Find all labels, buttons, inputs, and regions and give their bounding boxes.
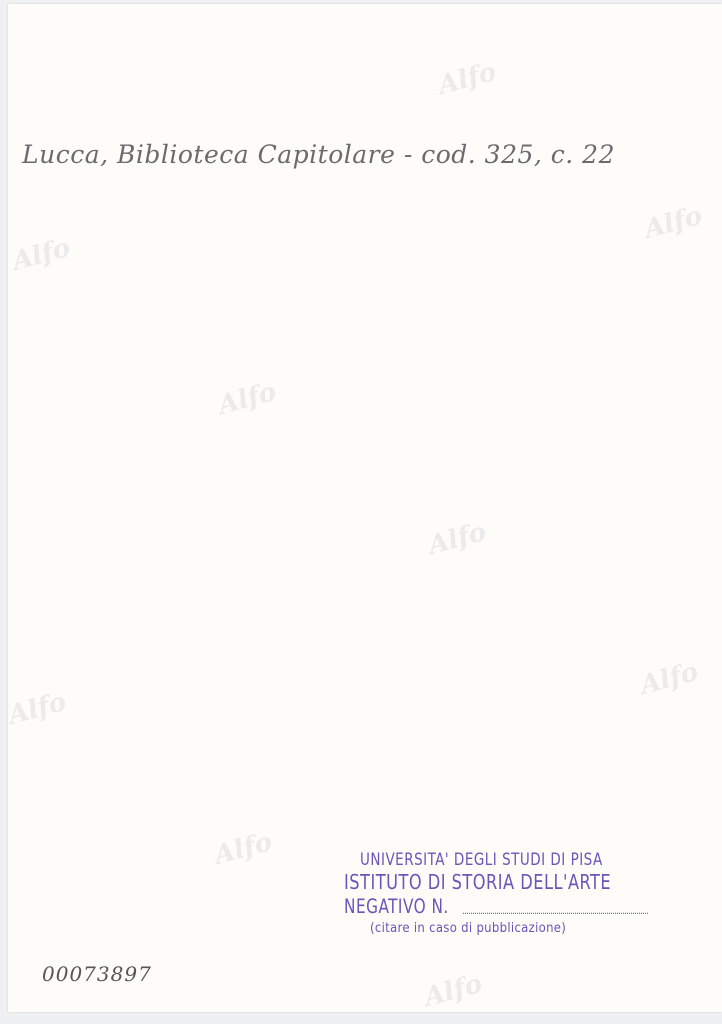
watermark: Alfo: [211, 827, 275, 871]
watermark: Alfo: [641, 201, 705, 245]
stamp-note: (citare in caso di pubblicazione): [370, 921, 658, 936]
stamp-institute: ISTITUTO DI STORIA DELL'ARTE: [344, 870, 658, 894]
watermark: Alfo: [215, 377, 279, 421]
stamp-negative-label: NEGATIVO N.: [344, 896, 449, 919]
handwritten-caption: Lucca, Biblioteca Capitolare - cod. 325,…: [22, 140, 615, 169]
stamp-university: UNIVERSITA' DEGLI STUDI DI PISA: [360, 849, 658, 870]
inventory-number: 00073897: [42, 962, 152, 986]
watermark: Alfo: [425, 517, 489, 561]
watermark: Alfo: [421, 969, 485, 1013]
stamp-negative-blank: [463, 912, 648, 914]
watermark: Alfo: [9, 233, 73, 277]
watermark: Alfo: [435, 57, 499, 101]
photo-back-sheet: Alfo Alfo Alfo Alfo Alfo Alfo Alfo Alfo …: [8, 4, 722, 1012]
institute-stamp: UNIVERSITA' DEGLI STUDI DI PISA ISTITUTO…: [338, 850, 658, 936]
stamp-negative-row: NEGATIVO N.: [344, 896, 658, 919]
watermark: Alfo: [5, 687, 69, 731]
watermark: Alfo: [637, 657, 701, 701]
